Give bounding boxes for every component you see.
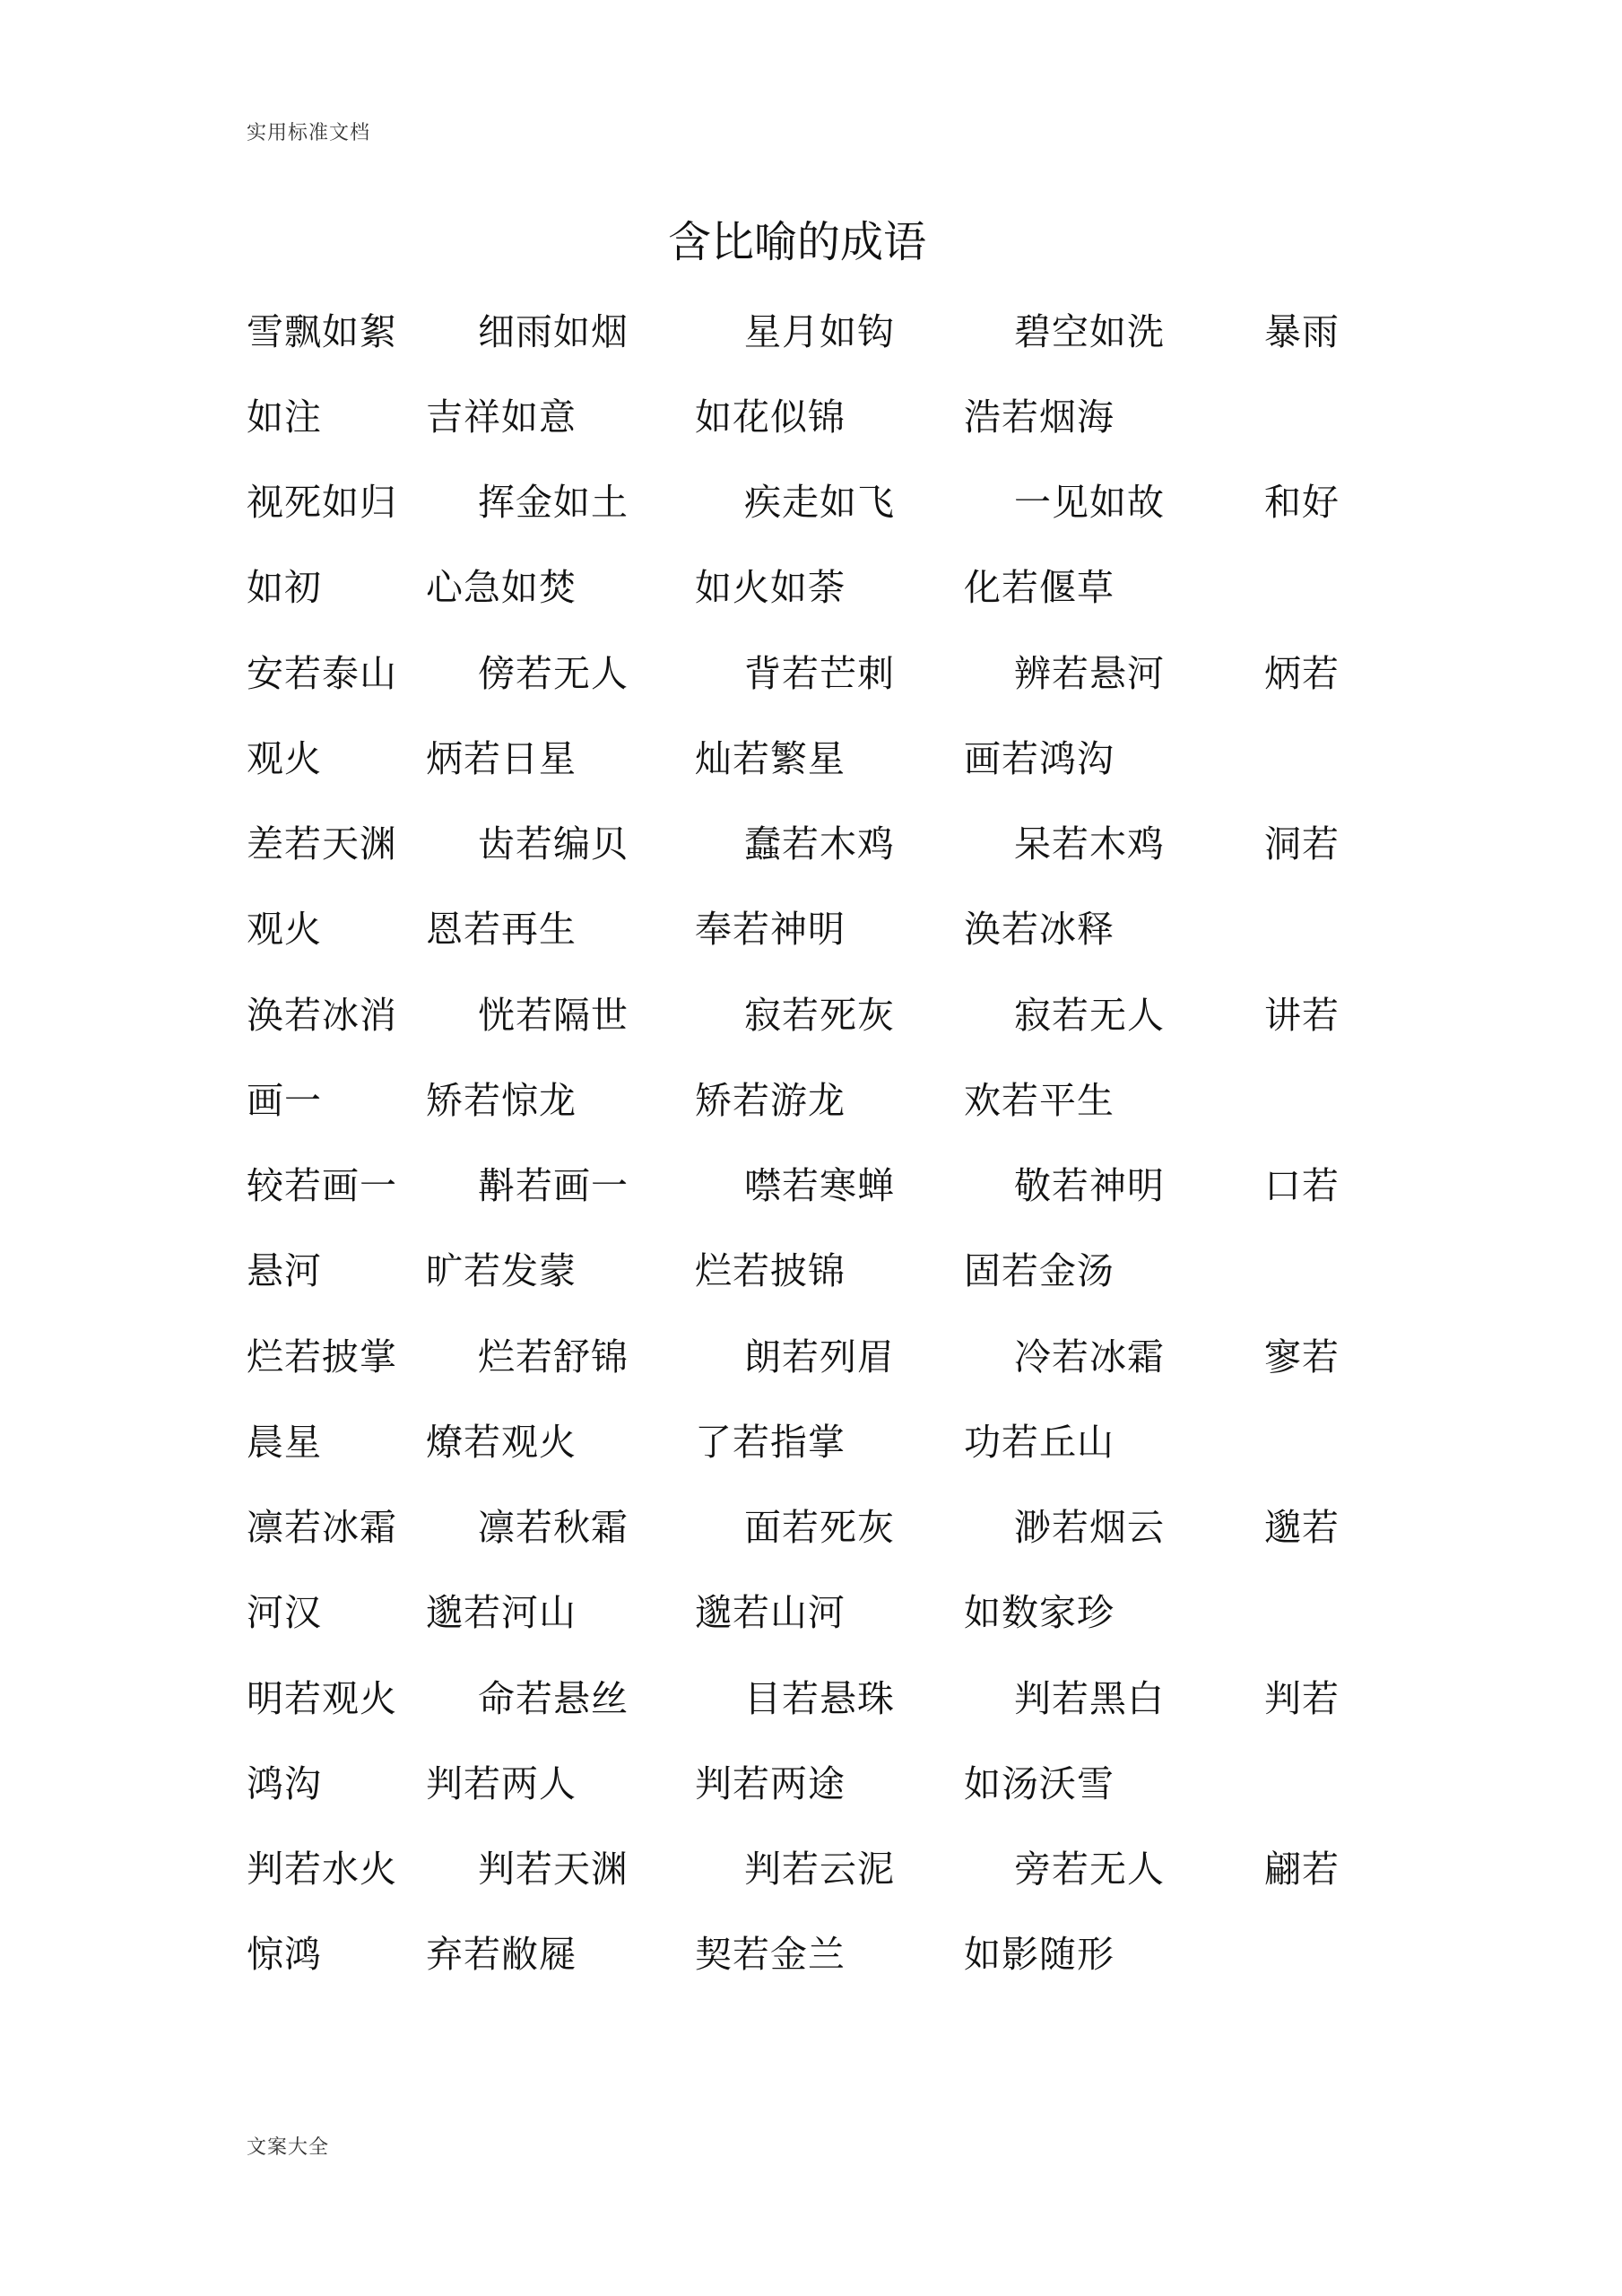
idiom: 判若两途 xyxy=(695,1761,846,1806)
idiom: 明若观火 xyxy=(247,1676,397,1721)
idiom: 河汉 xyxy=(247,1590,322,1635)
idiom-row: 晨星 燎若观火 了若指掌 功若丘山 xyxy=(0,1420,1622,1465)
idiom: 较若画一 xyxy=(247,1163,397,1208)
idiom: 功若丘山 xyxy=(964,1420,1115,1465)
idiom: 惊鸿 xyxy=(247,1932,322,1977)
idiom: 细雨如烟 xyxy=(478,309,629,354)
idiom: 如注 xyxy=(247,395,322,439)
idiom-row: 画一 矫若惊龙 矫若游龙 欢若平生 xyxy=(0,1078,1622,1123)
idiom: 矫若游龙 xyxy=(695,1078,846,1123)
idiom: 寂若死灰 xyxy=(744,993,895,1038)
idiom: 口若 xyxy=(1264,1163,1340,1208)
idiom: 如影随形 xyxy=(964,1932,1115,1977)
idiom: 寂若无人 xyxy=(1014,993,1165,1038)
idiom-row: 惊鸿 弃若敝屣 契若金兰 如影随形 xyxy=(0,1932,1622,1977)
idiom-row: 较若画一 斠若画一 噤若寒蝉 敬若神明 口若 xyxy=(0,1163,1622,1208)
idiom: 浩若烟海 xyxy=(964,395,1115,439)
idiom: 凛若冰霜 xyxy=(247,1505,397,1550)
idiom: 欢若平生 xyxy=(964,1078,1115,1123)
idiom: 判若天渊 xyxy=(478,1847,629,1892)
idiom: 炳若日星 xyxy=(426,736,577,781)
idiom: 鸿沟 xyxy=(247,1761,322,1806)
idiom: 烂若披锦 xyxy=(695,1248,846,1293)
idiom: 面若死灰 xyxy=(744,1505,895,1550)
idiom: 如花似锦 xyxy=(695,395,846,439)
idiom: 矫若惊龙 xyxy=(426,1078,577,1123)
idiom: 化若偃草 xyxy=(964,565,1115,610)
idiom-row: 观火 恩若再生 奉若神明 涣若冰释 xyxy=(0,907,1622,952)
idiom: 蠢若木鸡 xyxy=(744,822,895,866)
idiom: 观火 xyxy=(247,736,322,781)
idiom-row: 如注 吉祥如意 如花似锦 浩若烟海 xyxy=(0,395,1622,439)
idiom-row: 差若天渊 齿若编贝 蠢若木鸡 呆若木鸡 洞若 xyxy=(0,822,1622,866)
idiom: 判若黑白 xyxy=(1014,1676,1165,1721)
idiom: 了若指掌 xyxy=(695,1420,846,1465)
idiom: 吉祥如意 xyxy=(426,395,577,439)
idiom: 差若天渊 xyxy=(247,822,397,866)
idiom: 碧空如洗 xyxy=(1014,309,1165,354)
idiom: 燎若观火 xyxy=(426,1420,577,1465)
page-footer: 文案大全 xyxy=(247,2135,329,2161)
idiom: 奉若神明 xyxy=(695,907,846,952)
idiom: 洞若 xyxy=(1264,822,1340,866)
idiom: 心急如焚 xyxy=(426,565,577,610)
idiom: 固若金汤 xyxy=(964,1248,1115,1293)
idiom: 邈若山河 xyxy=(695,1590,846,1635)
idiom: 目若悬珠 xyxy=(744,1676,895,1721)
idiom: 噤若寒蝉 xyxy=(744,1163,895,1208)
idiom: 命若悬丝 xyxy=(478,1676,629,1721)
idiom: 如数家珍 xyxy=(964,1590,1115,1635)
idiom: 契若金兰 xyxy=(695,1932,846,1977)
idiom-row: 凛若冰霜 凛若秋霜 面若死灰 渺若烟云 邈若 xyxy=(0,1505,1622,1550)
idiom: 一见如故 xyxy=(1014,480,1165,525)
idiom: 齿若编贝 xyxy=(478,822,629,866)
idiom: 寥若 xyxy=(1264,1335,1340,1379)
idiom: 呆若木鸡 xyxy=(1014,822,1165,866)
idiom: 判若云泥 xyxy=(744,1847,895,1892)
idiom-row: 雪飘如絮 细雨如烟 星月如钩 碧空如洗 暴雨 xyxy=(0,309,1622,354)
idiom: 涣若冰消 xyxy=(247,993,397,1038)
idiom: 傍若无人 xyxy=(478,651,629,696)
idiom: 视死如归 xyxy=(247,480,397,525)
idiom: 涣若冰释 xyxy=(964,907,1115,952)
idiom-row: 判若水火 判若天渊 判若云泥 旁若无人 翩若 xyxy=(0,1847,1622,1892)
idiom: 安若泰山 xyxy=(247,651,397,696)
idiom: 翩若 xyxy=(1264,1847,1340,1892)
idiom-row: 鸿沟 判若两人 判若两途 如汤沃雪 xyxy=(0,1761,1622,1806)
idiom: 朗若列眉 xyxy=(744,1335,895,1379)
idiom: 烂若舒锦 xyxy=(478,1335,629,1379)
idiom: 如火如荼 xyxy=(695,565,846,610)
idiom: 雪飘如絮 xyxy=(247,309,397,354)
idiom-list: 雪飘如絮 细雨如烟 星月如钩 碧空如洗 暴雨 如注 吉祥如意 如花似锦 浩若烟海… xyxy=(0,0,1622,2296)
idiom: 画若鸿沟 xyxy=(964,736,1115,781)
idiom: 判若水火 xyxy=(247,1847,397,1892)
idiom: 恍若隔世 xyxy=(478,993,629,1038)
idiom: 敬若神明 xyxy=(1014,1163,1165,1208)
idiom: 疾走如飞 xyxy=(744,480,895,525)
idiom: 背若芒刺 xyxy=(744,651,895,696)
idiom: 邈若河山 xyxy=(426,1590,577,1635)
idiom: 判若 xyxy=(1264,1676,1340,1721)
idiom: 斠若画一 xyxy=(478,1163,629,1208)
idiom-row: 视死如归 挥金如土 疾走如飞 一见如故 和好 xyxy=(0,480,1622,525)
idiom: 辨若悬河 xyxy=(1014,651,1165,696)
idiom: 如汤沃雪 xyxy=(964,1761,1115,1806)
idiom: 冷若冰霜 xyxy=(1014,1335,1165,1379)
idiom: 旁若无人 xyxy=(1014,1847,1165,1892)
idiom: 暴雨 xyxy=(1264,309,1340,354)
idiom: 邈若 xyxy=(1264,1505,1340,1550)
idiom-row: 涣若冰消 恍若隔世 寂若死灰 寂若无人 讲若 xyxy=(0,993,1622,1038)
idiom: 弃若敝屣 xyxy=(426,1932,577,1977)
idiom: 画一 xyxy=(247,1078,322,1123)
idiom-row: 烂若披掌 烂若舒锦 朗若列眉 冷若冰霜 寥若 xyxy=(0,1335,1622,1379)
idiom-row: 悬河 旷若发蒙 烂若披锦 固若金汤 xyxy=(0,1248,1622,1293)
idiom: 星月如钩 xyxy=(744,309,895,354)
idiom: 挥金如土 xyxy=(478,480,629,525)
idiom: 旷若发蒙 xyxy=(426,1248,577,1293)
idiom: 讲若 xyxy=(1264,993,1340,1038)
idiom: 炳若 xyxy=(1264,651,1340,696)
idiom: 渺若烟云 xyxy=(1014,1505,1165,1550)
idiom: 恩若再生 xyxy=(426,907,577,952)
idiom: 如初 xyxy=(247,565,322,610)
idiom: 和好 xyxy=(1264,480,1340,525)
idiom-row: 明若观火 命若悬丝 目若悬珠 判若黑白 判若 xyxy=(0,1676,1622,1721)
idiom: 悬河 xyxy=(247,1248,322,1293)
idiom-row: 观火 炳若日星 灿若繁星 画若鸿沟 xyxy=(0,736,1622,781)
idiom-row: 如初 心急如焚 如火如荼 化若偃草 xyxy=(0,565,1622,610)
idiom: 灿若繁星 xyxy=(695,736,846,781)
idiom: 观火 xyxy=(247,907,322,952)
idiom: 晨星 xyxy=(247,1420,322,1465)
idiom: 凛若秋霜 xyxy=(478,1505,629,1550)
idiom-row: 安若泰山 傍若无人 背若芒刺 辨若悬河 炳若 xyxy=(0,651,1622,696)
idiom: 判若两人 xyxy=(426,1761,577,1806)
idiom: 烂若披掌 xyxy=(247,1335,397,1379)
idiom-row: 河汉 邈若河山 邈若山河 如数家珍 xyxy=(0,1590,1622,1635)
